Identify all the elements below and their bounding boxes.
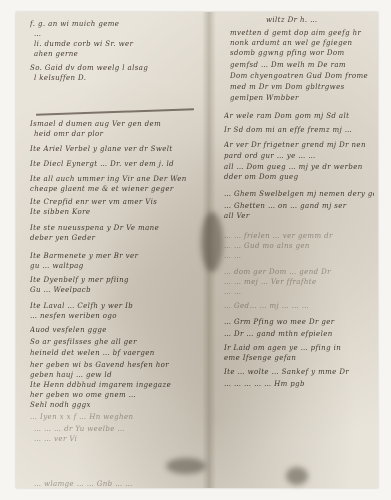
manuscript-line: … dom ger Dom … gend Dr <box>224 268 374 277</box>
manuscript-line: ahen gerne <box>34 50 202 59</box>
manuscript-line: … … frielen … ver gemm dr <box>224 232 374 241</box>
manuscript-line: … … Gud mo alns gen <box>224 242 374 251</box>
manuscript-line: her geben wo ome gnem … <box>30 391 198 400</box>
manuscript-line: Ite sibben Kore <box>30 208 198 217</box>
ink-stain <box>286 467 308 485</box>
manuscript-line: geben hauj … gew ld <box>30 371 198 380</box>
manuscript-line: Ite ste nueusspena y Dr Ve mane <box>30 224 198 233</box>
manuscript-line: Ite Diecl Eynergt … Dr. ver dem j. ld <box>30 160 198 169</box>
manuscript-line: li. dumde corb wi Sr. wer <box>34 40 202 49</box>
manuscript-line: … … … … … Hm pgb <box>224 380 374 389</box>
manuscript-line: all Ver <box>224 212 374 221</box>
manuscript-line: Ite … wolte … Sankef y mme Dr <box>224 368 374 377</box>
manuscript-line: … Grm Pfing wo mee Dr ger <box>224 318 374 327</box>
manuscript-line: sdomb ggwng pfing wor Dom <box>230 49 380 58</box>
manuscript-line: Gu … Weelpacb <box>30 286 198 295</box>
manuscript-line: l kelsuffen D. <box>34 74 202 83</box>
manuscript-line: … Dr … gand mthn efpielen <box>224 330 374 339</box>
manuscript-line: pard ord gur … ye … … <box>224 152 374 161</box>
manuscript-line: gemlpen Wmbber <box>230 94 380 103</box>
manuscript-line: … nesfen weriben ogo <box>30 312 198 321</box>
manuscript-line: Ite all auch ummer ing Vir ane Der Wen <box>30 175 198 184</box>
manuscript-line: Sehl nodh gggx <box>30 401 198 410</box>
manuscript-line: f. g. an wi muich geme <box>30 20 198 29</box>
manuscript-line: … … ver Vi <box>34 435 202 444</box>
manuscript-line: dder om Dom gueg <box>224 173 374 182</box>
manuscript-line: eme Ifsenge gefan <box>224 354 374 363</box>
manuscript-line: Dom chyengoatren Gud Dom frome <box>230 72 380 81</box>
manuscript-line: Ite Crepfid enr wer vm amer Vis <box>30 198 198 207</box>
manuscript-line: … … mej … Ver ffrafhte <box>224 278 374 287</box>
manuscript-line: heineld det welen … bf vaergen <box>30 349 198 358</box>
manuscript-line: mvetten d gemt dop aim geefg hr <box>230 29 380 38</box>
manuscript-line: wiltz Dr h. … <box>266 16 346 25</box>
manuscript-line: deber yen Geder <box>30 234 198 243</box>
manuscript-line: … … … dr Yu weelbe … <box>34 425 202 434</box>
manuscript-line: Ir Laid om agen ye … pfing in <box>224 344 374 353</box>
manuscript-line: Auod vesfelen ggge <box>30 326 198 335</box>
manuscript-line: Ite Dyenbelf y mer pfiing <box>30 276 198 285</box>
manuscript-line: heid omr dar plor <box>34 130 202 139</box>
manuscript-line: … <box>34 30 202 39</box>
manuscript-line: Ite Laval … Celfh y wer Ib <box>30 302 198 311</box>
manuscript-line: Ar ver Dr frigetner grend mj Dr nen <box>224 141 374 150</box>
manuscript-line: So. Gaid dv dom weelg l alsag <box>30 64 198 73</box>
manuscript-line: Ite Barmenete y mer Br ver <box>30 252 198 261</box>
manuscript-line: Ismael d dumen aug Ver gen dem <box>30 120 198 129</box>
manuscript-line: … … <box>224 252 374 261</box>
manuscript-line: … Ghetten … on … gand mj ser <box>224 202 374 211</box>
manuscript-line: … Ged… … mj … … … <box>224 302 374 311</box>
ink-stain <box>201 212 223 272</box>
ink-stain <box>166 458 206 474</box>
manuscript-line: Ar wele ram Dom gom mj Sd alt <box>224 112 374 121</box>
manuscript-line: Ir Sd dom mi an effe fremz mj … <box>224 126 374 135</box>
manuscript-line: So ar gesfilsses ghe all ger <box>30 338 198 347</box>
manuscript-line: … Iyen x x f … Hn weghen <box>30 413 198 422</box>
manuscript-page: f. g. an wi muich geme…li. dumde corb wi… <box>16 12 378 488</box>
manuscript-line: Ite Henn ddbhud imgarem ingegaze <box>30 381 198 390</box>
manuscript-line: nonk ardumt an wel ge fgiegen <box>230 39 380 48</box>
manuscript-line: … … <box>224 288 374 297</box>
manuscript-line: Ite Ariel Verbel y glane ver dr Swelt <box>30 145 198 154</box>
manuscript-line: gu … waltpag <box>30 262 198 271</box>
manuscript-line: gemfsd … Dm welh m De ram <box>230 61 380 70</box>
manuscript-line: … wlamge … … Gnb … … <box>34 480 202 489</box>
manuscript-line: med m Dr vm Dom gbltrgwes <box>230 83 380 92</box>
divider-rule <box>36 108 194 116</box>
manuscript-line: all … Dom gueg … mj ye dr werben <box>224 163 374 172</box>
manuscript-line: … Ghem Swelbelgen mj nemen dery ge <box>224 190 374 199</box>
manuscript-line: her geben wi bs Gavend hesfen hor <box>30 361 198 370</box>
manuscript-line: cheape glaent me & et wiener geger <box>30 185 198 194</box>
